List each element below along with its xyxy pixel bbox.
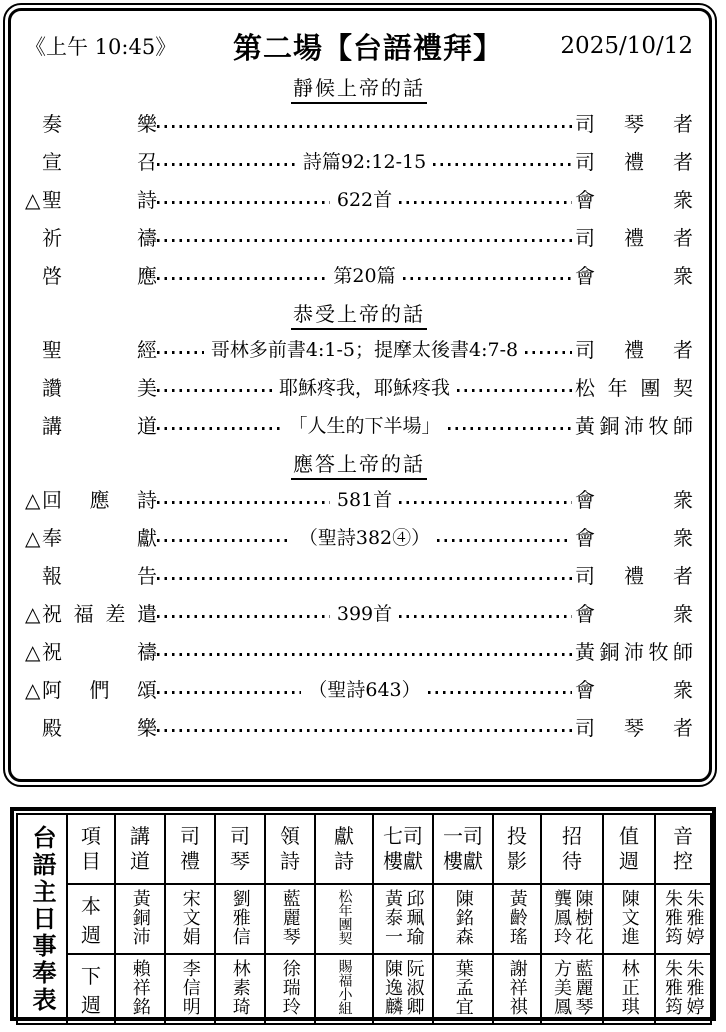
item-label-char: 奉 — [42, 525, 62, 551]
item-label: 宣召 — [42, 149, 157, 175]
item-center-text: （聖詩643） — [301, 677, 427, 703]
roster-name-cell: 朱雅婷朱雅筠 — [655, 954, 711, 1024]
item-label-char: 差 — [105, 601, 125, 627]
item-label-char: 福 — [74, 601, 94, 627]
item-right-text: 松年團契 — [575, 375, 693, 401]
item-label-char: 讚 — [42, 375, 62, 401]
item-right-char: 衆 — [673, 187, 693, 213]
roster-names: 藍麗琴 — [278, 889, 301, 946]
roster-name-cell: 謝祥祺 — [493, 954, 541, 1024]
program-header: 《上午 10:45》 第二場【台語禮拜】 2025/10/12 — [25, 23, 693, 69]
service-item-row: 聖經哥林多前書4:1-5；提摩太後書4:7-8司禮者 — [25, 331, 693, 369]
item-right-char: 年 — [608, 375, 628, 401]
roster-name: 藍麗琴 — [280, 889, 299, 946]
roster-col-header-line: 禮 — [166, 849, 214, 874]
item-right-char: 司 — [575, 149, 595, 175]
roster-name: 劉雅信 — [230, 889, 249, 946]
roster-name: 徐瑞玲 — [280, 959, 299, 1016]
leader-dots — [457, 389, 572, 392]
item-label: 奉獻 — [42, 525, 157, 551]
roster-name-cell: 黃銅沛 — [115, 884, 165, 954]
roster-col-header-line: 領 — [266, 824, 314, 849]
roster-name: 林正琪 — [619, 959, 638, 1016]
leader-dots — [157, 389, 272, 392]
roster-col-header-line: 獻 — [316, 824, 372, 849]
item-right-char: 銅 — [600, 639, 620, 665]
section-title: 恭受上帝的話 — [25, 295, 693, 331]
roster-row-label: 下週 — [67, 954, 115, 1024]
leader-dots — [157, 729, 572, 732]
roster-name: 阮淑卿 — [404, 959, 423, 1016]
item-center-text: 耶穌疼我，耶穌疼我 — [272, 375, 457, 401]
roster-col-header-line: 司 — [216, 824, 264, 849]
item-right-char: 琴 — [624, 111, 644, 137]
leader-dots — [399, 501, 572, 504]
roster-row-label-char: 下 — [68, 960, 114, 989]
roster-name-cell: 徐瑞玲 — [265, 954, 315, 1024]
service-date: 2025/10/12 — [553, 33, 693, 59]
leader-dots — [157, 125, 572, 128]
item-label: 讚美 — [42, 375, 157, 401]
roster-col-header-line: 待 — [542, 849, 602, 874]
item-right-char: 司 — [575, 715, 595, 741]
roster-names: 宋文娟 — [178, 889, 201, 946]
service-item-row: △聖詩622首會衆 — [25, 181, 693, 219]
item-right-char: 衆 — [673, 487, 693, 513]
duty-roster-table: 台語主日事奉表項目講道司禮司琴領詩獻詩七司樓獻一司樓獻投影招待值週音控本週黃銅沛… — [16, 813, 712, 1025]
roster-col-header-line: 司 — [166, 824, 214, 849]
roster-name: 方美鳳 — [552, 959, 571, 1016]
item-right-text: 會衆 — [575, 525, 693, 551]
item-label-char: 告 — [137, 563, 157, 589]
roster-col-header-line: 目 — [68, 849, 114, 874]
triangle-marker: △ — [25, 487, 42, 513]
leader-dots — [157, 277, 326, 280]
item-right-text: 黃銅沛牧師 — [575, 413, 693, 439]
item-right-text: 會衆 — [575, 601, 693, 627]
service-item-row: 殿樂司琴者 — [25, 709, 693, 747]
item-right-char: 銅 — [600, 413, 620, 439]
roster-name-cell: 藍麗琴 — [265, 884, 315, 954]
item-right-char: 牧 — [649, 413, 669, 439]
item-right-text: 司禮者 — [575, 149, 693, 175]
item-middle: 詩篇92:12-15 — [157, 149, 572, 175]
item-right-char: 司 — [575, 111, 595, 137]
item-label-char: 回 — [42, 487, 62, 513]
item-label-char: 們 — [90, 677, 110, 703]
roster-names: 邱珮瑜黃泰一 — [381, 889, 426, 946]
service-item-row: 講道「人生的下半場」黃銅沛牧師 — [25, 407, 693, 445]
item-right-char: 禮 — [624, 337, 644, 363]
roster-name: 賜福小組 — [336, 959, 351, 1015]
item-right-char: 會 — [575, 525, 595, 551]
leader-dots — [399, 615, 572, 618]
page-title: 第二場【台語禮拜】 — [183, 26, 553, 67]
item-middle — [157, 235, 572, 242]
item-label: 祝福差遣 — [42, 601, 157, 627]
roster-names: 陳樹花龔鳳玲 — [550, 889, 595, 946]
item-label: 啓應 — [42, 263, 157, 289]
roster-name-cell: 葉孟宜 — [433, 954, 493, 1024]
roster-names: 藍麗琴方美鳳 — [550, 959, 595, 1016]
item-center-text: 622首 — [330, 187, 399, 213]
item-right-text: 司禮者 — [575, 337, 693, 363]
roster-col-header-line: 道 — [116, 849, 164, 874]
roster-col-header: 司禮 — [165, 814, 215, 884]
leader-dots — [403, 277, 572, 280]
item-label-char: 報 — [42, 563, 62, 589]
item-right-text: 司禮者 — [575, 563, 693, 589]
item-label: 阿們頌 — [42, 677, 157, 703]
roster-name-cell: 邱珮瑜黃泰一 — [373, 884, 433, 954]
roster-name: 謝祥祺 — [507, 959, 526, 1016]
roster-col-header: 七司樓獻 — [373, 814, 433, 884]
roster-name: 松年團契 — [336, 889, 351, 945]
service-item-row: △回應詩581首會衆 — [25, 481, 693, 519]
item-center-text: 399首 — [330, 601, 399, 627]
roster-name-cell: 李信明 — [165, 954, 215, 1024]
roster-col-header-line: 講 — [116, 824, 164, 849]
item-label-char: 阿 — [42, 677, 62, 703]
section-title: 靜候上帝的話 — [25, 69, 693, 105]
roster-col-header-line: 詩 — [266, 849, 314, 874]
leader-dots — [157, 539, 292, 542]
item-label-char: 禱 — [137, 639, 157, 665]
item-label-char: 美 — [137, 375, 157, 401]
roster-name: 林素琦 — [230, 959, 249, 1016]
item-label-char: 獻 — [137, 525, 157, 551]
leader-dots — [157, 201, 330, 204]
leader-dots — [157, 577, 572, 580]
service-item-row: 啓應第20篇會衆 — [25, 257, 693, 295]
item-label-char: 詩 — [137, 187, 157, 213]
triangle-marker: △ — [25, 639, 42, 665]
roster-col-header-line: 一司 — [434, 824, 492, 849]
item-middle: 耶穌疼我，耶穌疼我 — [157, 375, 572, 401]
order-of-worship-list: 靜候上帝的話奏樂司琴者宣召詩篇92:12-15司禮者△聖詩622首會衆祈禱司禮者… — [25, 69, 693, 747]
item-middle — [157, 121, 572, 128]
roster-name: 朱雅婷 — [684, 959, 703, 1016]
roster-name-cell: 林正琪 — [603, 954, 655, 1024]
item-label-char: 奏 — [42, 111, 62, 137]
item-right-char: 者 — [673, 563, 693, 589]
item-middle — [157, 573, 572, 580]
item-right-char: 師 — [673, 639, 693, 665]
service-item-row: △祝福差遣399首會衆 — [25, 595, 693, 633]
item-label-char: 樂 — [137, 111, 157, 137]
triangle-marker: △ — [25, 187, 42, 213]
item-label: 奏樂 — [42, 111, 157, 137]
item-middle: （聖詩382④） — [157, 525, 572, 551]
roster-name-cell: 陳文進 — [603, 884, 655, 954]
item-right-char: 會 — [575, 263, 595, 289]
item-right-char: 會 — [575, 487, 595, 513]
roster-name-cell: 陳樹花龔鳳玲 — [541, 884, 603, 954]
duty-roster-wrap: 台語主日事奉表項目講道司禮司琴領詩獻詩七司樓獻一司樓獻投影招待值週音控本週黃銅沛… — [10, 807, 716, 1021]
item-label-char: 祝 — [42, 601, 62, 627]
roster-col-header: 領詩 — [265, 814, 315, 884]
roster-name: 邱珮瑜 — [404, 889, 423, 946]
roster-col-header: 講道 — [115, 814, 165, 884]
triangle-marker: △ — [25, 677, 42, 703]
roster-col-header: 項目 — [67, 814, 115, 884]
roster-names: 賜福小組 — [334, 959, 353, 1015]
roster-col-header-line: 樓獻 — [374, 849, 432, 874]
item-center-text: 哥林多前書4:1-5；提摩太後書4:7-8 — [204, 337, 525, 363]
item-label: 聖經 — [42, 337, 157, 363]
item-label: 講道 — [42, 413, 157, 439]
roster-name-cell: 黃齡瑤 — [493, 884, 541, 954]
item-right-char: 會 — [575, 187, 595, 213]
section-title: 應答上帝的話 — [25, 445, 693, 481]
worship-program-box: 《上午 10:45》 第二場【台語禮拜】 2025/10/12 靜候上帝的話奏樂… — [3, 3, 717, 787]
roster-col-header: 音控 — [655, 814, 711, 884]
roster-names: 朱雅婷朱雅筠 — [661, 959, 706, 1016]
item-middle: 581首 — [157, 487, 572, 513]
roster-names: 陳文進 — [617, 889, 640, 946]
service-item-row: 奏樂司琴者 — [25, 105, 693, 143]
roster-names: 陳銘森 — [451, 889, 474, 946]
item-right-char: 團 — [640, 375, 660, 401]
leader-dots — [433, 163, 572, 166]
item-middle — [157, 649, 572, 656]
item-middle: 第20篇 — [157, 263, 572, 289]
item-right-char: 司 — [575, 563, 595, 589]
roster-name: 葉孟宜 — [453, 959, 472, 1016]
roster-name: 陳樹花 — [573, 889, 592, 946]
item-right-char: 禮 — [624, 563, 644, 589]
item-right-text: 黃銅沛牧師 — [575, 639, 693, 665]
roster-col-header-line: 音 — [656, 824, 710, 849]
roster-names: 阮淑卿陳逸麟 — [381, 959, 426, 1016]
roster-col-header: 司琴 — [215, 814, 265, 884]
item-label: 祈禱 — [42, 225, 157, 251]
item-right-text: 司琴者 — [575, 715, 693, 741]
section-title-text: 應答上帝的話 — [291, 452, 427, 480]
roster-name: 李信明 — [180, 959, 199, 1016]
roster-col-header: 值週 — [603, 814, 655, 884]
roster-col-header: 招待 — [541, 814, 603, 884]
roster-name: 陳文進 — [619, 889, 638, 946]
item-right-char: 牧 — [649, 639, 669, 665]
service-item-row: 宣召詩篇92:12-15司禮者 — [25, 143, 693, 181]
item-right-char: 會 — [575, 677, 595, 703]
item-label-char: 聖 — [42, 337, 62, 363]
roster-header-row: 台語主日事奉表項目講道司禮司琴領詩獻詩七司樓獻一司樓獻投影招待值週音控 — [17, 814, 711, 884]
roster-name-cell: 賴祥銘 — [115, 954, 165, 1024]
roster-names: 葉孟宜 — [451, 959, 474, 1016]
item-right-text: 會衆 — [575, 263, 693, 289]
roster-name: 黃銅沛 — [130, 889, 149, 946]
leader-dots — [157, 427, 282, 430]
roster-names: 黃齡瑤 — [505, 889, 528, 946]
item-right-char: 會 — [575, 601, 595, 627]
item-label-char: 聖 — [42, 187, 62, 213]
roster-name-cell: 朱雅婷朱雅筠 — [655, 884, 711, 954]
leader-dots — [157, 653, 572, 656]
roster-col-header-line: 樓獻 — [434, 849, 492, 874]
roster-col-header-line: 週 — [604, 849, 654, 874]
item-label-char: 禱 — [137, 225, 157, 251]
item-right-char: 衆 — [673, 263, 693, 289]
roster-name-cell: 陳銘森 — [433, 884, 493, 954]
item-label-char: 應 — [90, 487, 110, 513]
service-item-row: △阿們頌（聖詩643）會衆 — [25, 671, 693, 709]
item-right-text: 會衆 — [575, 487, 693, 513]
item-right-char: 沛 — [624, 639, 644, 665]
roster-col-header-line: 控 — [656, 849, 710, 874]
roster-col-header-line: 琴 — [216, 849, 264, 874]
roster-name-cell: 賜福小組 — [315, 954, 373, 1024]
item-right-char: 司 — [575, 337, 595, 363]
item-middle: 哥林多前書4:1-5；提摩太後書4:7-8 — [157, 337, 572, 363]
item-right-char: 沛 — [624, 413, 644, 439]
item-label-char: 召 — [137, 149, 157, 175]
roster-names: 林正琪 — [617, 959, 640, 1016]
item-right-char: 者 — [673, 715, 693, 741]
item-right-char: 衆 — [673, 601, 693, 627]
item-right-char: 師 — [673, 413, 693, 439]
item-label-char: 祈 — [42, 225, 62, 251]
roster-col-header-line: 值 — [604, 824, 654, 849]
roster-name: 陳銘森 — [453, 889, 472, 946]
roster-side-label: 台語主日事奉表 — [17, 814, 67, 1024]
leader-dots — [157, 501, 330, 504]
leader-dots — [157, 239, 572, 242]
item-right-text: 司琴者 — [575, 111, 693, 137]
leader-dots — [157, 615, 330, 618]
leader-dots — [428, 691, 572, 694]
roster-name: 藍麗琴 — [573, 959, 592, 1016]
roster-name: 朱雅筠 — [663, 959, 682, 1016]
roster-names: 劉雅信 — [228, 889, 251, 946]
roster-name-cell: 阮淑卿陳逸麟 — [373, 954, 433, 1024]
item-center-text: （聖詩382④） — [292, 525, 437, 551]
leader-dots — [399, 201, 572, 204]
item-right-char: 者 — [673, 225, 693, 251]
service-item-row: △奉獻（聖詩382④）會衆 — [25, 519, 693, 557]
roster-names: 林素琦 — [228, 959, 251, 1016]
item-label-char: 詩 — [137, 487, 157, 513]
item-right-char: 琴 — [624, 715, 644, 741]
section-title-text: 靜候上帝的話 — [291, 76, 427, 104]
item-label-char: 經 — [137, 337, 157, 363]
item-middle: 399首 — [157, 601, 572, 627]
item-label-char: 殿 — [42, 715, 62, 741]
roster-names: 徐瑞玲 — [278, 959, 301, 1016]
roster-name: 宋文娟 — [180, 889, 199, 946]
roster-col-header-line: 七司 — [374, 824, 432, 849]
item-right-char: 司 — [575, 225, 595, 251]
roster-names: 李信明 — [178, 959, 201, 1016]
roster-names: 松年團契 — [334, 889, 353, 945]
item-center-text: 「人生的下半場」 — [282, 413, 448, 439]
item-label-char: 遣 — [137, 601, 157, 627]
item-right-char: 黃 — [575, 413, 595, 439]
item-label-char: 道 — [137, 413, 157, 439]
item-right-char: 契 — [673, 375, 693, 401]
triangle-marker: △ — [25, 525, 42, 551]
roster-name-cell: 林素琦 — [215, 954, 265, 1024]
leader-dots — [157, 351, 204, 354]
item-label-char: 宣 — [42, 149, 62, 175]
service-item-row: 報告司禮者 — [25, 557, 693, 595]
item-label: 祝禱 — [42, 639, 157, 665]
roster-data-row: 本週黃銅沛宋文娟劉雅信藍麗琴松年團契邱珮瑜黃泰一陳銘森黃齡瑤陳樹花龔鳳玲陳文進朱… — [17, 884, 711, 954]
item-middle: （聖詩643） — [157, 677, 572, 703]
leader-dots — [157, 163, 296, 166]
roster-col-header: 獻詩 — [315, 814, 373, 884]
roster-col-header-line: 影 — [494, 849, 540, 874]
roster-row-label-char: 本 — [68, 890, 114, 919]
roster-names: 黃銅沛 — [128, 889, 151, 946]
roster-row-label: 本週 — [67, 884, 115, 954]
roster-name: 黃齡瑤 — [507, 889, 526, 946]
triangle-marker: △ — [25, 601, 42, 627]
roster-col-header-line: 招 — [542, 824, 602, 849]
roster-name-cell: 宋文娟 — [165, 884, 215, 954]
item-right-char: 禮 — [624, 149, 644, 175]
item-label-char: 頌 — [137, 677, 157, 703]
roster-col-header-line: 詩 — [316, 849, 372, 874]
item-label: 聖詩 — [42, 187, 157, 213]
roster-name: 賴祥銘 — [130, 959, 149, 1016]
item-right-char: 松 — [575, 375, 595, 401]
roster-names: 朱雅婷朱雅筠 — [661, 889, 706, 946]
service-item-row: △祝禱黃銅沛牧師 — [25, 633, 693, 671]
leader-dots — [157, 691, 301, 694]
roster-col-header: 一司樓獻 — [433, 814, 493, 884]
item-right-char: 衆 — [673, 677, 693, 703]
item-center-text: 第20篇 — [326, 263, 402, 289]
item-center-text: 詩篇92:12-15 — [296, 149, 433, 175]
roster-names: 謝祥祺 — [505, 959, 528, 1016]
roster-col-header-line: 項 — [68, 824, 114, 849]
roster-name: 陳逸麟 — [383, 959, 402, 1016]
item-label-char: 應 — [137, 263, 157, 289]
item-label: 殿樂 — [42, 715, 157, 741]
item-right-text: 會衆 — [575, 187, 693, 213]
item-right-char: 者 — [673, 111, 693, 137]
item-label: 回應詩 — [42, 487, 157, 513]
item-right-char: 禮 — [624, 225, 644, 251]
item-right-char: 者 — [673, 149, 693, 175]
roster-name-cell: 藍麗琴方美鳳 — [541, 954, 603, 1024]
roster-row-label-char: 週 — [68, 989, 114, 1018]
roster-name-cell: 松年團契 — [315, 884, 373, 954]
item-right-char: 黃 — [575, 639, 595, 665]
roster-col-header: 投影 — [493, 814, 541, 884]
item-right-text: 會衆 — [575, 677, 693, 703]
item-label-char: 樂 — [137, 715, 157, 741]
service-item-row: 祈禱司禮者 — [25, 219, 693, 257]
section-title-text: 恭受上帝的話 — [291, 302, 427, 330]
item-middle: 「人生的下半場」 — [157, 413, 572, 439]
leader-dots — [448, 427, 573, 430]
item-label-char: 講 — [42, 413, 62, 439]
roster-name: 黃泰一 — [383, 889, 402, 946]
item-label-char: 祝 — [42, 639, 62, 665]
leader-dots — [525, 351, 572, 354]
roster-col-header-line: 投 — [494, 824, 540, 849]
leader-dots — [437, 539, 572, 542]
worship-program-box-inner: 《上午 10:45》 第二場【台語禮拜】 2025/10/12 靜候上帝的話奏樂… — [8, 8, 712, 782]
roster-name: 朱雅婷 — [684, 889, 703, 946]
roster-names: 賴祥銘 — [128, 959, 151, 1016]
item-right-char: 衆 — [673, 525, 693, 551]
roster-name-cell: 劉雅信 — [215, 884, 265, 954]
item-label: 報告 — [42, 563, 157, 589]
